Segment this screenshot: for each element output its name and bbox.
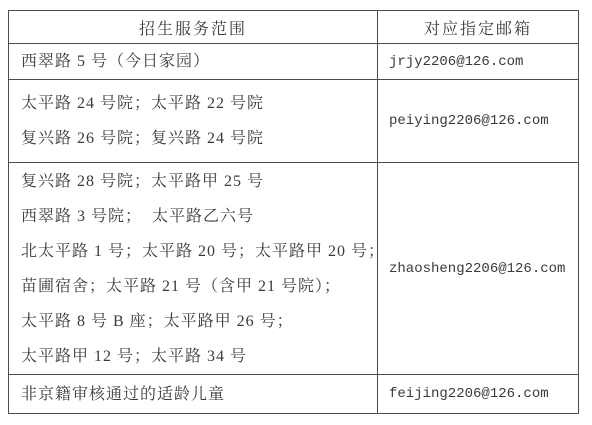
scope-line: 太平路 24 号院；太平路 22 号院 (21, 86, 371, 121)
scope-line: 西翠路 3 号院； 太平路乙六号 (21, 199, 371, 234)
document-page: 招生服务范围 对应指定邮箱 西翠路 5 号（今日家园）jrjy2206@126.… (0, 0, 592, 425)
scope-line: 复兴路 28 号院；太平路甲 25 号 (21, 164, 371, 199)
email-cell: jrjy2206@126.com (378, 44, 579, 80)
header-row: 招生服务范围 对应指定邮箱 (9, 11, 579, 44)
email-cell: feijing2206@126.com (378, 375, 579, 414)
table-row: 复兴路 28 号院；太平路甲 25 号西翠路 3 号院； 太平路乙六号北太平路 … (9, 163, 579, 375)
table-row: 非京籍审核通过的适龄儿童feijing2206@126.com (9, 375, 579, 414)
scope-cell: 太平路 24 号院；太平路 22 号院复兴路 26 号院；复兴路 24 号院 (9, 80, 378, 163)
col-header-email: 对应指定邮箱 (378, 11, 579, 44)
table-row: 太平路 24 号院；太平路 22 号院复兴路 26 号院；复兴路 24 号院pe… (9, 80, 579, 163)
scope-line: 复兴路 26 号院；复兴路 24 号院 (21, 121, 371, 156)
scope-line: 非京籍审核通过的适龄儿童 (21, 377, 371, 412)
enrollment-email-table: 招生服务范围 对应指定邮箱 西翠路 5 号（今日家园）jrjy2206@126.… (8, 10, 579, 414)
scope-cell: 非京籍审核通过的适龄儿童 (9, 375, 378, 414)
scope-line: 太平路甲 12 号；太平路 34 号 (21, 339, 371, 374)
email-cell: zhaosheng2206@126.com (378, 163, 579, 375)
scope-cell: 复兴路 28 号院；太平路甲 25 号西翠路 3 号院； 太平路乙六号北太平路 … (9, 163, 378, 375)
scope-line: 苗圃宿舍；太平路 21 号（含甲 21 号院）； (21, 269, 371, 304)
scope-cell: 西翠路 5 号（今日家园） (9, 44, 378, 80)
scope-line: 西翠路 5 号（今日家园） (21, 44, 371, 79)
scope-line: 北太平路 1 号；太平路 20 号；太平路甲 20 号； (21, 234, 371, 269)
col-header-scope: 招生服务范围 (9, 11, 378, 44)
scope-line: 太平路 8 号 B 座；太平路甲 26 号； (21, 304, 371, 339)
table-row: 西翠路 5 号（今日家园）jrjy2206@126.com (9, 44, 579, 80)
email-cell: peiying2206@126.com (378, 80, 579, 163)
